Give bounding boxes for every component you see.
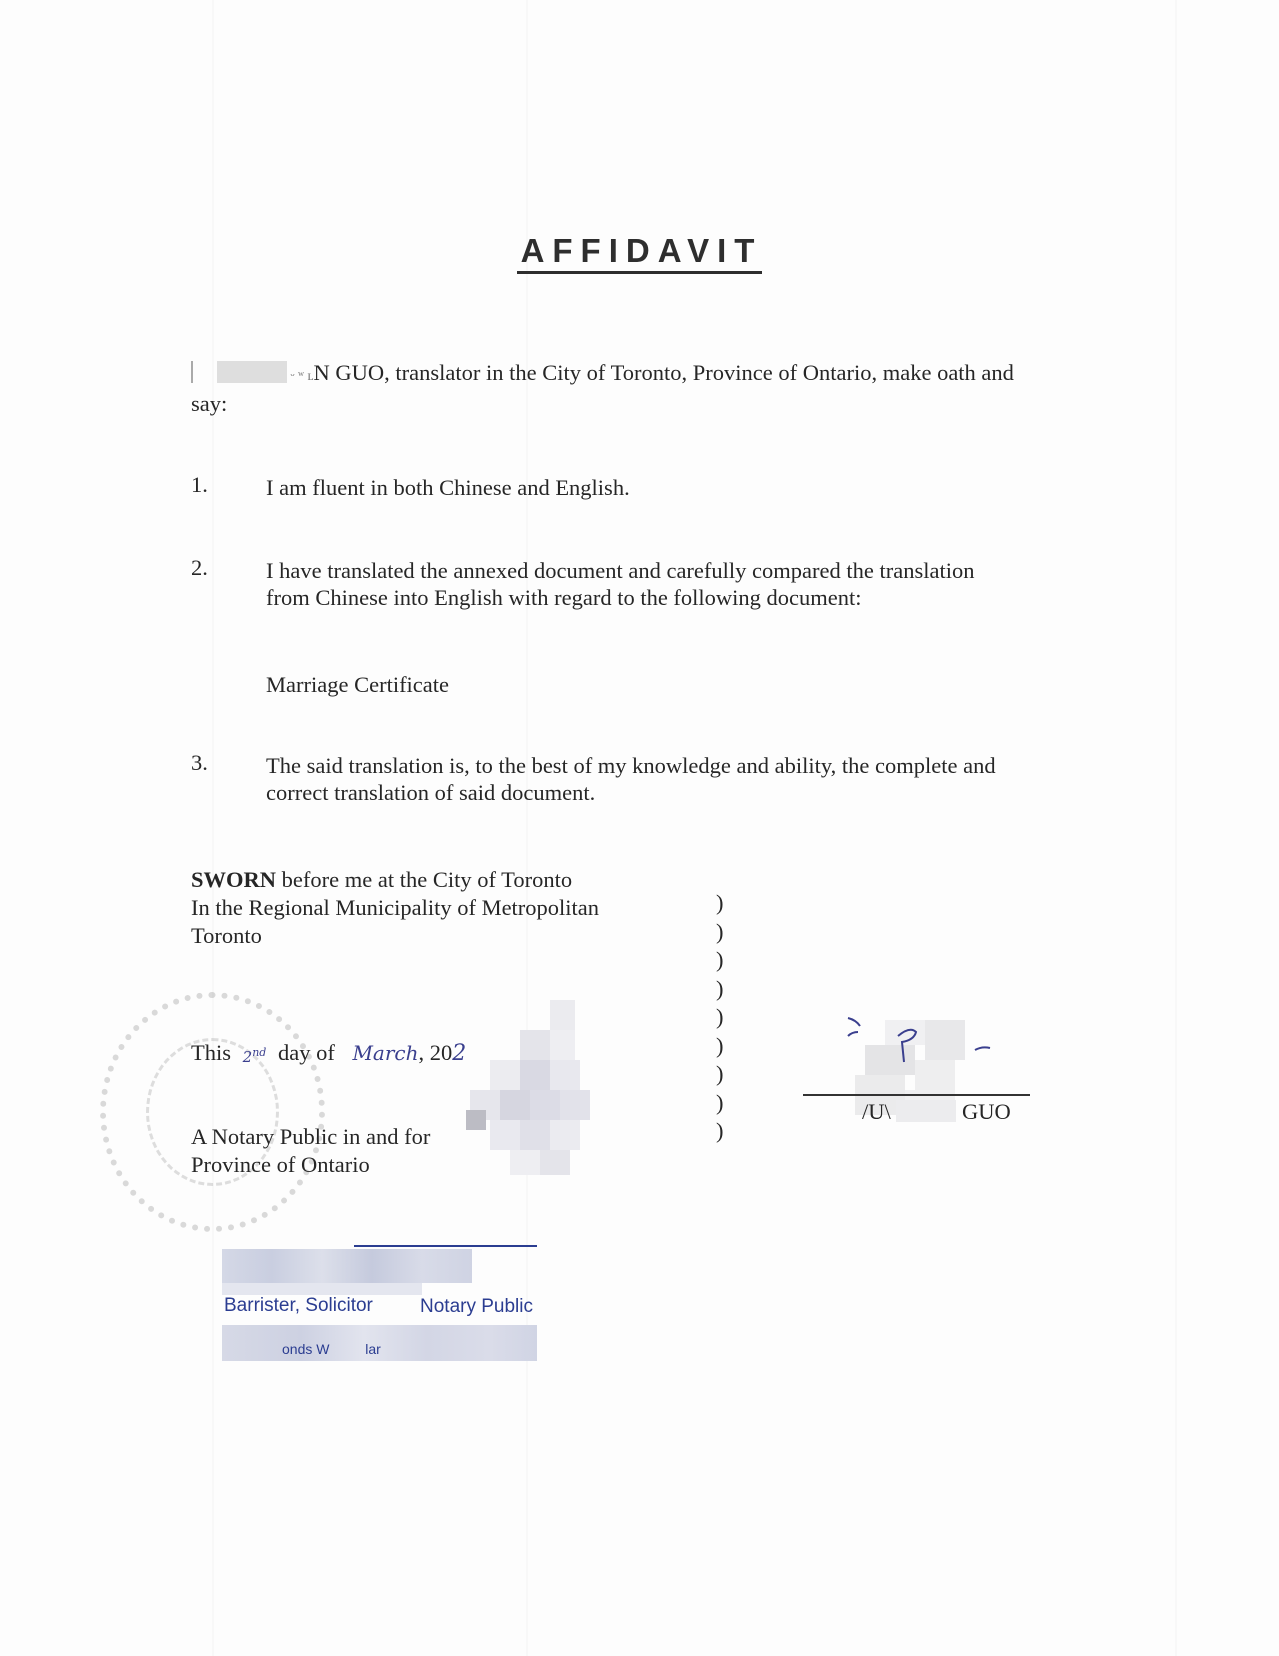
intro-paragraph: ᵕ ʷ ʟN GUO, translator in the City of To… xyxy=(191,359,1091,417)
redacted-notary-signature xyxy=(470,1000,600,1180)
handwritten-year: 2 xyxy=(452,1041,466,1066)
handwritten-month: March xyxy=(352,1041,418,1065)
jurat-line-1: SWORN before me at the City of Toronto xyxy=(191,866,671,894)
paragraph-number: 3. xyxy=(191,750,208,776)
stamp-title-right: Notary Public xyxy=(420,1296,533,1318)
notary-seal xyxy=(100,992,325,1232)
jurat-block: SWORN before me at the City of Toronto I… xyxy=(191,866,671,950)
redacted-name xyxy=(896,1100,956,1122)
paragraph-number: 1. xyxy=(191,472,208,498)
intro-line-2: say: xyxy=(191,390,1091,417)
paragraph-3: The said translation is, to the best of … xyxy=(266,752,1096,806)
paragraph-1: I am fluent in both Chinese and English. xyxy=(266,474,1096,501)
stamp-title-left: Barrister, Solicitor xyxy=(224,1295,373,1317)
notary-designation: A Notary Public in and for Province of O… xyxy=(191,1123,430,1179)
date-line: This 2nd day of March, 202 xyxy=(191,1037,466,1069)
bracket-column: ) ) ) ) ) ) ) ) ) xyxy=(716,889,724,1146)
name-fragment: ᵕ ʷ ʟ xyxy=(287,369,314,384)
redacted-name xyxy=(217,361,287,383)
translator-name: N GUO xyxy=(314,360,385,385)
signature-line xyxy=(803,1094,1030,1096)
handwritten-signature xyxy=(840,1010,1000,1080)
paragraph-2: I have translated the annexed document a… xyxy=(266,557,1096,611)
notary-stamp: Barrister, Solicitor Notary Public onds … xyxy=(222,1245,537,1370)
document-title: AFFIDAVIT xyxy=(0,232,1279,270)
redacted-name xyxy=(191,361,213,383)
document-name: Marriage Certificate xyxy=(266,671,1096,698)
intro-text: , translator in the City of Toronto, Pro… xyxy=(384,360,1014,385)
deponent-name: /U\ GUO xyxy=(862,1098,1011,1125)
jurat-line-2: In the Regional Municipality of Metropol… xyxy=(191,894,671,922)
jurat-line-3: Toronto xyxy=(191,922,671,950)
intro-line-1: ᵕ ʷ ʟN GUO, translator in the City of To… xyxy=(191,359,1091,390)
handwritten-day: 2nd xyxy=(243,1048,267,1066)
redacted-notary-name xyxy=(222,1249,472,1283)
paragraph-number: 2. xyxy=(191,555,208,581)
